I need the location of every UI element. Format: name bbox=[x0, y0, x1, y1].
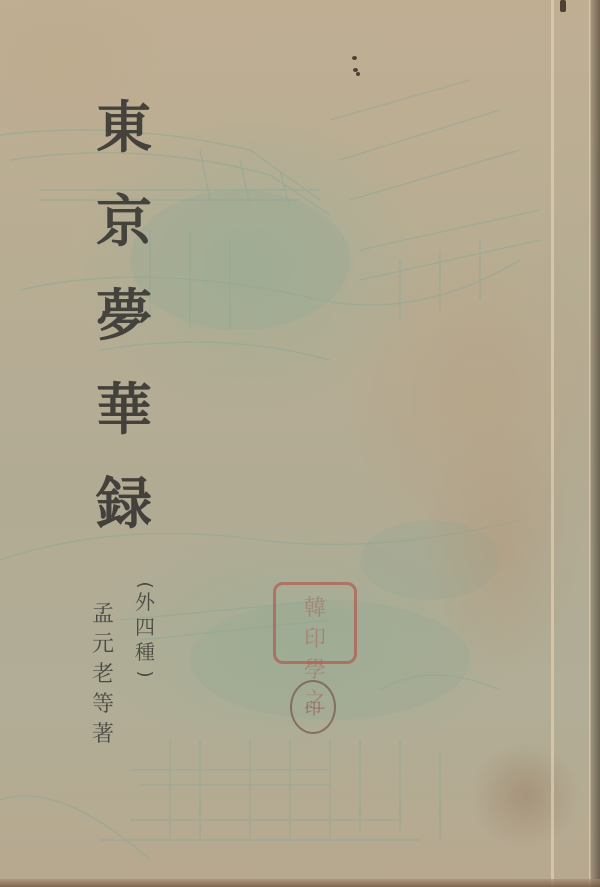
author-char: 孟 bbox=[92, 604, 114, 634]
title-char: 東 bbox=[96, 100, 152, 194]
subtitle-char: 種 bbox=[135, 642, 155, 667]
stain bbox=[470, 740, 580, 850]
author-char: 老 bbox=[92, 664, 114, 694]
book-title: 東 京 夢 華 録 bbox=[84, 100, 164, 570]
title-char: 華 bbox=[96, 382, 152, 476]
title-char: 録 bbox=[96, 476, 152, 570]
ink-spot bbox=[352, 56, 357, 60]
seal-char: 韓 bbox=[298, 591, 332, 622]
oval-seal-stamp: 印 bbox=[290, 680, 336, 734]
author-char: 元 bbox=[92, 634, 114, 664]
ink-spot bbox=[560, 0, 566, 12]
stain bbox=[420, 420, 580, 680]
subtitle-char: 外 bbox=[135, 592, 155, 617]
subtitle-char: ) bbox=[138, 670, 152, 677]
ink-spot bbox=[356, 72, 360, 76]
subtitle-char: 四 bbox=[135, 617, 155, 642]
book-subtitle: ( 外 四 種 ) bbox=[130, 578, 160, 681]
author-char: 著 bbox=[92, 724, 114, 754]
subtitle-char: ( bbox=[138, 581, 152, 588]
title-char: 京 bbox=[96, 194, 152, 288]
cover-bottom-edge bbox=[0, 879, 600, 887]
square-seal-stamp: 韓 印 學 之 bbox=[273, 582, 357, 664]
seal-char: 印 bbox=[298, 622, 332, 653]
title-char: 夢 bbox=[96, 288, 152, 382]
seal-char: 印 bbox=[305, 696, 321, 719]
book-cover: 東 京 夢 華 録 ( 外 四 種 ) 孟 元 老 等 著 韓 印 學 之 印 bbox=[0, 0, 600, 887]
cover-edge bbox=[590, 0, 600, 887]
spine-crease bbox=[551, 0, 554, 887]
author-char: 等 bbox=[92, 694, 114, 724]
book-author: 孟 元 老 等 著 bbox=[88, 604, 118, 754]
